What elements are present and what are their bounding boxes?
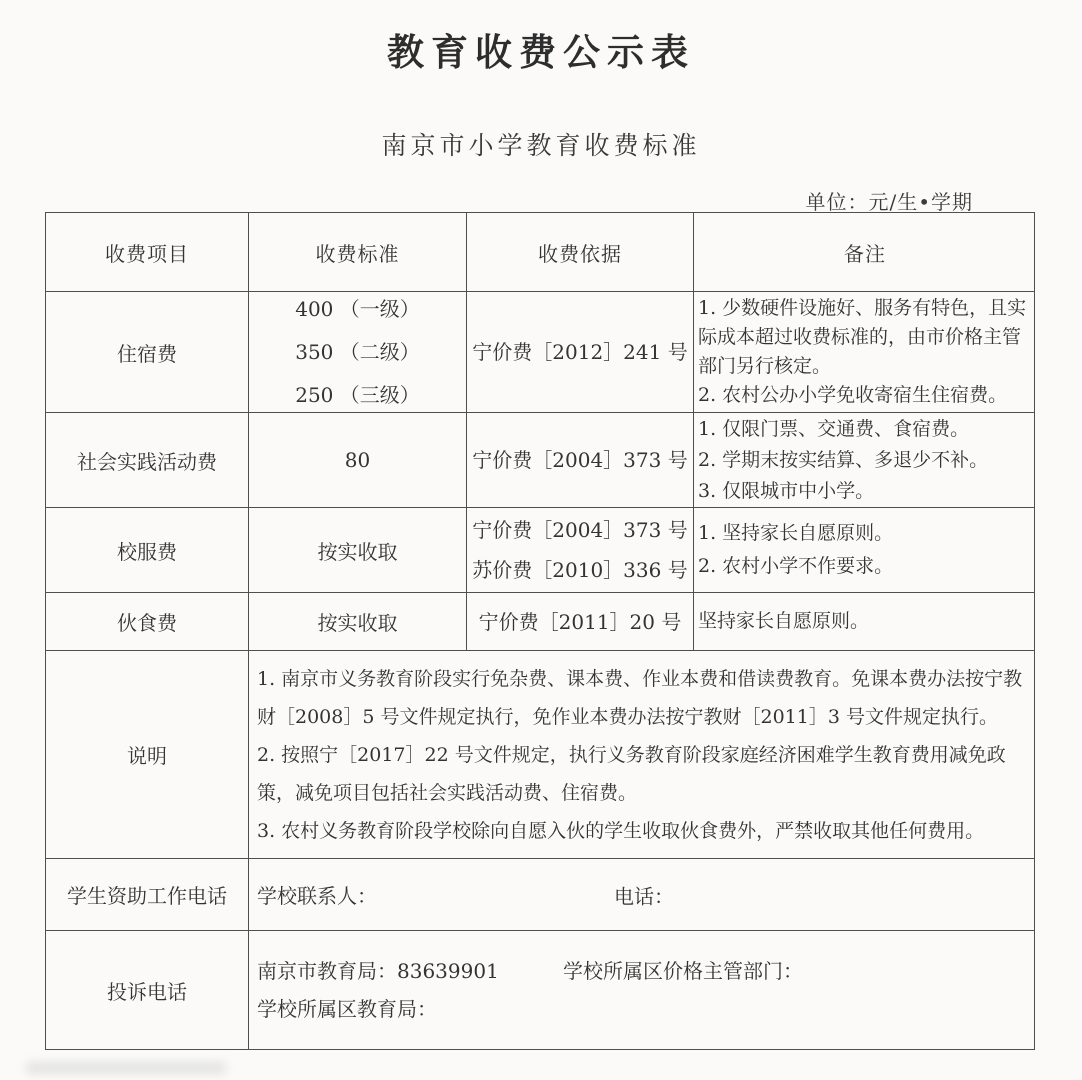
fee-remarks-cell: 坚持家长自愿原则。 [694,593,1036,650]
student-aid-phone-row: 学生资助工作电话 学校联系人： 电话： [46,859,1034,931]
fee-item-cell: 校服费 [46,508,249,592]
complaint-phone-row: 投诉电话 南京市教育局：83639901 学校所属区价格主管部门： 学校所属区教… [46,931,1034,1049]
remark-line: 2. 农村公办小学免收寄宿生住宿费。 [698,381,1033,410]
standard-line: 350 （二级） [295,331,420,374]
fee-basis-cell: 宁价费［2004］373 号 [467,413,694,507]
remark-lines: 1. 少数硬件设施好、服务有特色，且实际成本超过收费标准的，由市价格主管部门另行… [698,294,1033,410]
table-header-row: 收费项目 收费标准 收费依据 备注 [46,213,1034,292]
remark-lines: 1. 坚持家长自愿原则。 2. 农村小学不作要求。 [698,517,1033,583]
fee-item-cell: 伙食费 [46,593,249,650]
remark-line: 坚持家长自愿原则。 [698,607,1033,636]
page-title: 教育收费公示表 [0,22,1082,76]
header-fee-standard: 收费标准 [249,213,467,291]
complaint-phone-cell: 南京市教育局：83639901 学校所属区价格主管部门： 学校所属区教育局： [249,931,1036,1049]
table-row-uniform: 校服费 按实收取 宁价费［2004］373 号 苏价费［2010］336 号 1… [46,508,1034,593]
student-aid-phone-cell: 学校联系人： 电话： [249,859,1036,930]
basis-line: 宁价费［2004］373 号 [472,510,687,550]
district-price-dept-label: 学校所属区价格主管部门： [563,952,803,990]
district-education-bureau-label: 学校所属区教育局： [249,990,1036,1028]
table-row-social-practice: 社会实践活动费 80 宁价费［2004］373 号 1. 仅限门票、交通费、食宿… [46,413,1034,508]
remark-line: 1. 坚持家长自愿原则。 [698,517,1033,550]
header-fee-basis: 收费依据 [467,213,694,291]
fee-basis-cell: 宁价费［2011］20 号 [467,593,694,650]
fee-basis-cell: 宁价费［2012］241 号 [467,292,694,412]
basis-line: 苏价费［2010］336 号 [472,550,687,590]
header-fee-item: 收费项目 [46,213,249,291]
fee-table: 收费项目 收费标准 收费依据 备注 住宿费 400 （一级） 350 （二级） … [45,212,1035,1050]
header-remarks: 备注 [694,213,1036,291]
basis-line: 宁价费［2012］241 号 [472,332,687,372]
student-aid-phone-label: 学生资助工作电话 [46,859,249,930]
fee-standard-cell: 80 [249,413,467,507]
fee-item-cell: 住宿费 [46,292,249,412]
notes-line: 2. 按照宁［2017］22 号文件规定，执行义务教育阶段家庭经济困难学生教育费… [257,736,1026,812]
fee-standard-cell: 按实收取 [249,508,467,592]
phone-label: 电话： [614,880,674,909]
notes-body: 1. 南京市义务教育阶段实行免杂费、课本费、作业本费和借读费教育。免课本费办法按… [257,660,1026,850]
notes-row: 说明 1. 南京市义务教育阶段实行免杂费、课本费、作业本费和借读费教育。免课本费… [46,651,1034,859]
fee-remarks-cell: 1. 坚持家长自愿原则。 2. 农村小学不作要求。 [694,508,1036,592]
basis-lines: 宁价费［2004］373 号 苏价费［2010］336 号 [472,510,687,590]
complaint-body: 南京市教育局：83639901 学校所属区价格主管部门： 学校所属区教育局： [249,952,1036,1028]
fee-remarks-cell: 1. 少数硬件设施好、服务有特色，且实际成本超过收费标准的，由市价格主管部门另行… [694,292,1036,412]
school-contact-label: 学校联系人： [249,880,377,909]
table-row-accommodation: 住宿费 400 （一级） 350 （二级） 250 （三级） 宁价费［2012］… [46,292,1034,413]
standard-line: 400 （一级） [295,292,420,331]
notes-content-cell: 1. 南京市义务教育阶段实行免杂费、课本费、作业本费和借读费教育。免课本费办法按… [249,651,1036,858]
remark-line: 1. 仅限门票、交通费、食宿费。 [698,414,1033,445]
page-subtitle: 南京市小学教育收费标准 [0,126,1082,162]
notes-label: 说明 [46,651,249,858]
notes-line: 3. 农村义务教育阶段学校除向自愿入伙的学生收取伙食费外，严禁收取其他任何费用。 [257,812,1026,850]
scan-shadow-artifact [26,1062,226,1074]
fee-item-cell: 社会实践活动费 [46,413,249,507]
remark-line: 1. 少数硬件设施好、服务有特色，且实际成本超过收费标准的，由市价格主管部门另行… [698,294,1033,381]
fee-basis-cell: 宁价费［2004］373 号 苏价费［2010］336 号 [467,508,694,592]
remark-line: 2. 学期末按实结算、多退少不补。 [698,445,1033,476]
notes-line: 1. 南京市义务教育阶段实行免杂费、课本费、作业本费和借读费教育。免课本费办法按… [257,660,1026,736]
complaint-line-1: 南京市教育局：83639901 学校所属区价格主管部门： [249,952,1036,990]
basis-line: 宁价费［2011］20 号 [479,602,682,642]
fee-standard-cell: 400 （一级） 350 （二级） 250 （三级） [249,292,467,412]
remark-line: 3. 仅限城市中小学。 [698,476,1033,507]
unit-note: 单位：元/生•学期 [805,186,973,215]
remark-lines: 1. 仅限门票、交通费、食宿费。 2. 学期末按实结算、多退少不补。 3. 仅限… [698,414,1033,507]
remark-line: 2. 农村小学不作要求。 [698,550,1033,583]
standard-lines: 400 （一级） 350 （二级） 250 （三级） [295,292,420,412]
fee-standard-cell: 按实收取 [249,593,467,650]
complaint-phone-label: 投诉电话 [46,931,249,1049]
fee-remarks-cell: 1. 仅限门票、交通费、食宿费。 2. 学期末按实结算、多退少不补。 3. 仅限… [694,413,1036,507]
table-row-meal: 伙食费 按实收取 宁价费［2011］20 号 坚持家长自愿原则。 [46,593,1034,651]
document-page: 教育收费公示表 南京市小学教育收费标准 单位：元/生•学期 收费项目 收费标准 … [0,0,1082,1080]
standard-line: 250 （三级） [295,374,420,413]
basis-line: 宁价费［2004］373 号 [472,440,687,480]
city-education-bureau-phone: 南京市教育局：83639901 [257,959,499,983]
